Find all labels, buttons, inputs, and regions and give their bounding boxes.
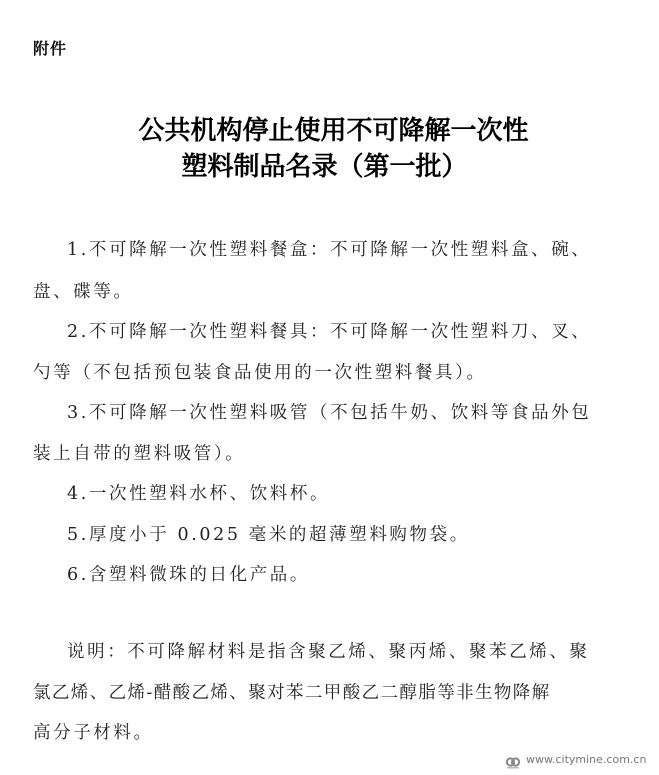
note-line-2: 氯乙烯、乙烯-醋酸乙烯、聚对苯二甲酸乙二醇脂等非生物降解 [33,679,633,704]
document-title-line-1: 公共机构停止使用不可降解一次性 [4,110,659,147]
note-line-3: 高分子材料。 [33,719,633,744]
note-line-1: 说明：不可降解材料是指含聚乙烯、聚丙烯、聚苯乙烯、聚 [67,638,659,663]
attachment-label: 附件 [33,36,67,59]
list-item-2-line-1: 2.不可降解一次性塑料餐具：不可降解一次性塑料刀、叉、 [67,318,659,343]
list-item-2-line-2: 勺等（不包括预包装食品使用的一次性塑料餐具）。 [33,359,633,384]
watermark: www.citymine.com.cn [506,753,646,766]
citymine-logo-icon [506,754,520,766]
document-title-line-2: 塑料制品名录（第一批） [0,146,654,183]
list-item-1-line-1: 1.不可降解一次性塑料餐盒：不可降解一次性塑料盒、碗、 [67,236,659,261]
watermark-text: www.citymine.com.cn [526,753,646,766]
list-item-3-line-2: 装上自带的塑料吸管）。 [33,440,633,465]
list-item-1-line-2: 盘、碟等。 [33,278,633,303]
list-item-3-line-1: 3.不可降解一次性塑料吸管（不包括牛奶、饮料等食品外包 [67,399,659,424]
list-item-5: 5.厚度小于 0.025 毫米的超薄塑料购物袋。 [67,521,659,546]
list-item-6: 6.含塑料微珠的日化产品。 [67,561,659,586]
list-item-4: 4.一次性塑料水杯、饮料杯。 [67,480,659,505]
